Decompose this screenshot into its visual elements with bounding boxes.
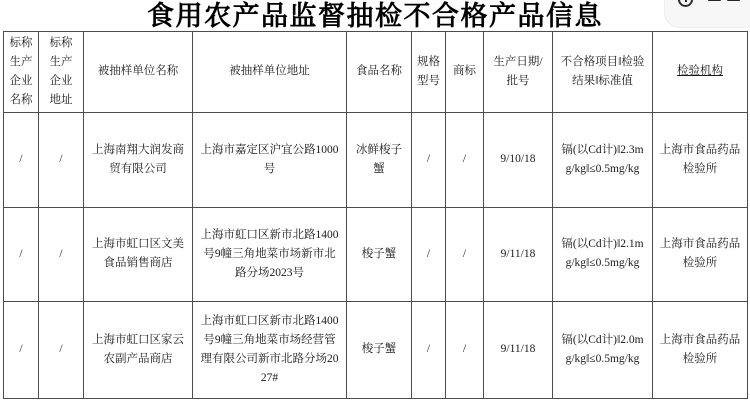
table-row: / / 上海市虹口区文美食品销售商店 上海市虹口区新市北路1400号9幢三角地菜… [4, 207, 748, 301]
cell-inspection-agency: 上海市食品药品检验所 [653, 207, 748, 301]
cell-producer-name: / [4, 301, 39, 398]
page-title: 食用农产品监督抽检不合格产品信息 [0, 0, 750, 31]
col-production-date: 生产日期/批号 [484, 32, 553, 113]
floating-toolbar[interactable] [664, 0, 750, 28]
cell-sampled-unit-name: 上海市虹口区家云农副产品商店 [84, 301, 193, 398]
col-food-name: 食品名称 [347, 32, 412, 113]
cell-producer-address: / [39, 112, 84, 207]
cell-inspection-agency: 上海市食品药品检验所 [653, 112, 748, 207]
cell-food-name: 梭子蟹 [347, 207, 412, 301]
table-row: / / 上海市虹口区家云农副产品商店 上海市虹口区新市北路1400号9幢三角地菜… [4, 301, 748, 398]
cell-inspection-agency: 上海市食品药品检验所 [653, 301, 748, 398]
cell-food-name: 梭子蟹 [347, 301, 412, 398]
cell-sampled-unit-address: 上海市虹口区新市北路1400号9幢三角地菜市场新市北路分场2023号 [193, 207, 347, 301]
cell-failed-item-result: 镉(以Cd计)‖2.0mg/kg‖≤0.5mg/kg [553, 301, 653, 398]
cell-trademark: / [446, 301, 484, 398]
cell-spec-model: / [412, 112, 446, 207]
cell-production-date: 9/11/18 [484, 207, 553, 301]
glyph-fragment-icon [727, 0, 740, 1]
cell-producer-name: / [4, 207, 39, 301]
cell-failed-item-result: 镉(以Cd计)‖2.1mg/kg‖≤0.5mg/kg [553, 207, 653, 301]
cell-producer-address: / [39, 207, 84, 301]
col-sampled-unit-name: 被抽样单位名称 [84, 32, 193, 113]
cell-producer-name: / [4, 112, 39, 207]
header-row: 标称生产企业名称 标称生产企业地址 被抽样单位名称 被抽样单位地址 食品名称 规… [4, 32, 748, 113]
col-trademark: 商标 [446, 32, 484, 113]
cell-sampled-unit-address: 上海市嘉定区沪宜公路1000号 [193, 112, 347, 207]
col-spec-model: 规格型号 [412, 32, 446, 113]
cell-trademark: / [446, 207, 484, 301]
cell-producer-address: / [39, 301, 84, 398]
inspection-results-table: 标称生产企业名称 标称生产企业地址 被抽样单位名称 被抽样单位地址 食品名称 规… [3, 31, 748, 399]
col-producer-name: 标称生产企业名称 [4, 32, 39, 113]
col-failed-item-result: 不合格项目‖检验结果‖标准值 [553, 32, 653, 113]
cell-sampled-unit-address: 上海市虹口区新市北路1400号9幢三角地菜市场经营管理有限公司新市北路分场202… [193, 301, 347, 398]
cell-trademark: / [446, 112, 484, 207]
cell-sampled-unit-name: 上海南翔大润发商贸有限公司 [84, 112, 193, 207]
table-row: / / 上海南翔大润发商贸有限公司 上海市嘉定区沪宜公路1000号 冰鲜梭子蟹 … [4, 112, 748, 207]
cell-sampled-unit-name: 上海市虹口区文美食品销售商店 [84, 207, 193, 301]
cell-production-date: 9/11/18 [484, 301, 553, 398]
col-sampled-unit-address: 被抽样单位地址 [193, 32, 347, 113]
col-producer-address: 标称生产企业地址 [39, 32, 84, 113]
cell-spec-model: / [412, 301, 446, 398]
document-page: 食用农产品监督抽检不合格产品信息 标称生产企业名称 标称生产企业地址 被抽样单位… [0, 0, 750, 400]
cell-food-name: 冰鲜梭子蟹 [347, 112, 412, 207]
circle-icon[interactable] [678, 0, 693, 7]
cell-production-date: 9/10/18 [484, 112, 553, 207]
cell-spec-model: / [412, 207, 446, 301]
col-inspection-agency: 检验机构 [653, 32, 748, 113]
glyph-fragment-icon [708, 0, 721, 1]
cell-failed-item-result: 镉(以Cd计)‖2.3mg/kg‖≤0.5mg/kg [553, 112, 653, 207]
